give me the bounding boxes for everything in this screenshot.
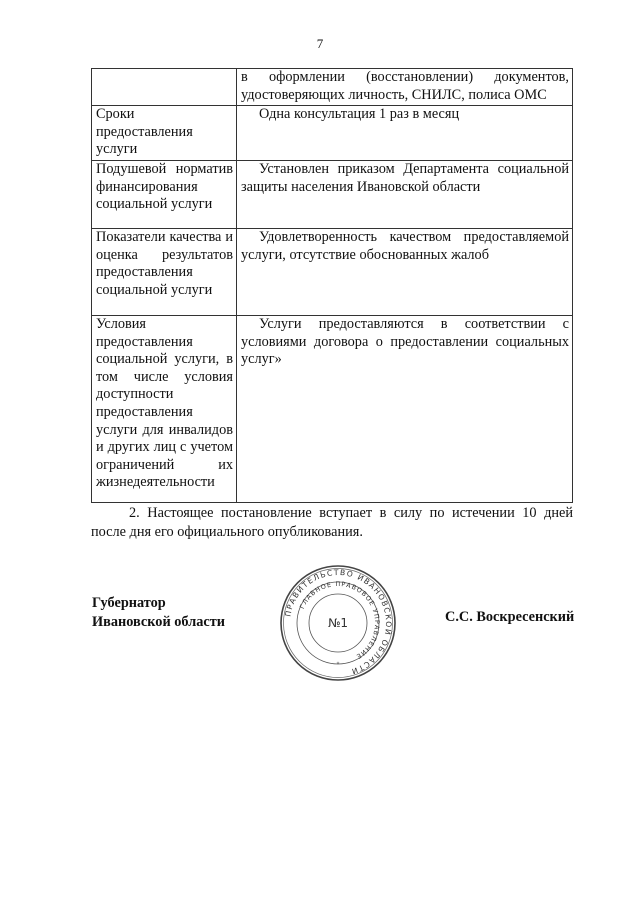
row-label — [92, 69, 237, 106]
signatory-name: С.С. Воскресенский — [445, 609, 574, 626]
row-label: Показатели качества и оценка результатов… — [92, 228, 237, 315]
table-row: в оформлении (восстановлении) документов… — [92, 69, 573, 106]
effective-date-paragraph: 2. Настоящее постановление вступает в си… — [91, 504, 573, 542]
row-value: Одна консультация 1 раз в месяц — [237, 106, 573, 161]
table-row: Подушевой норматив финансирования социал… — [92, 160, 573, 228]
row-label: Подушевой норматив финансирования социал… — [92, 160, 237, 228]
signatory-title: Губернатор Ивановской области — [92, 594, 225, 632]
signatory-title-line1: Губернатор — [92, 594, 225, 613]
row-value: в оформлении (восстановлении) документов… — [237, 69, 573, 106]
seal-center-text: №1 — [328, 616, 348, 630]
row-value: Установлен приказом Департамента социаль… — [237, 160, 573, 228]
row-label: Сроки предоставления услуги — [92, 106, 237, 161]
table-row: Условия предоставления социальной услуги… — [92, 315, 573, 502]
services-table: в оформлении (восстановлении) документов… — [91, 68, 573, 503]
signatory-title-line2: Ивановской области — [92, 613, 225, 632]
row-value: Удовлетворенность качеством предоставляе… — [237, 228, 573, 315]
page-number: 7 — [0, 36, 640, 52]
svg-text:*: * — [337, 661, 340, 668]
row-label: Условия предоставления социальной услуги… — [92, 315, 237, 502]
table-row: Показатели качества и оценка результатов… — [92, 228, 573, 315]
official-seal-icon: ПРАВИТЕЛЬСТВО ИВАНОВСКОЙ ОБЛАСТИ ГЛАВНОЕ… — [278, 563, 398, 683]
row-value: Услуги предоставляются в соответствии с … — [237, 315, 573, 502]
table-row: Сроки предоставления услуги Одна консуль… — [92, 106, 573, 161]
